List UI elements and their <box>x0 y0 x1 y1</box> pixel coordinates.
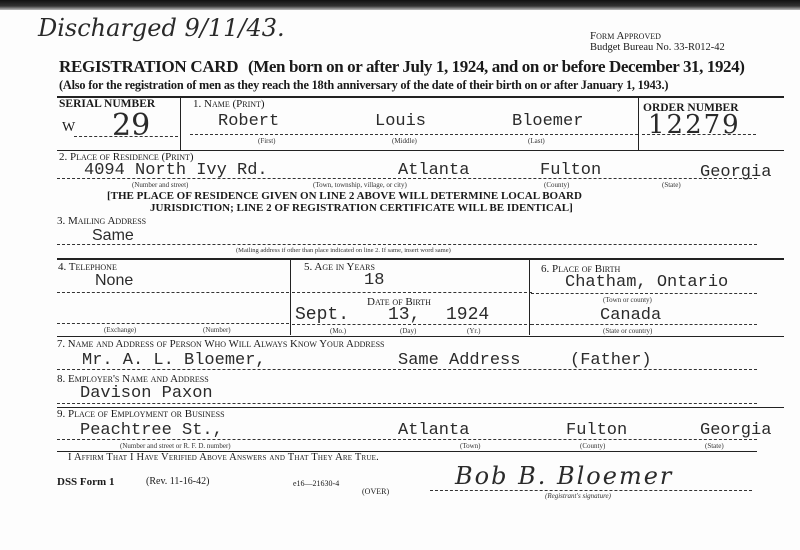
header-note: (Also for the registration of men as the… <box>59 78 668 93</box>
divider <box>57 96 784 98</box>
employment-town-value: Atlanta <box>398 421 469 440</box>
employment-county-value: Fulton <box>566 421 627 440</box>
day-caption: (Day) <box>400 327 416 335</box>
order-number-value: 12279 <box>648 110 741 140</box>
signature-caption: (Registrant's signature) <box>545 492 611 500</box>
month-caption: (Mo.) <box>330 327 346 335</box>
year-caption: (Yr.) <box>467 327 480 335</box>
age-value: 18 <box>364 271 384 290</box>
birth-town-caption: (Town or county) <box>603 296 652 304</box>
birth-town-line <box>531 293 757 294</box>
contact-address-value: Same Address <box>398 351 520 370</box>
divider <box>529 259 530 335</box>
employment-town-caption: (Town) <box>460 442 481 450</box>
town-caption: (Town, township, village, or city) <box>313 181 407 189</box>
number-caption: (Number) <box>203 326 231 334</box>
middle-name-value: Louis <box>375 112 426 131</box>
serial-number-value: 29 <box>112 108 150 143</box>
first-caption: (First) <box>258 137 276 145</box>
last-name-value: Bloemer <box>512 112 583 131</box>
over-label: (OVER) <box>362 487 389 496</box>
serial-line <box>74 136 178 137</box>
exchange-line <box>57 323 289 324</box>
residence-line <box>57 178 757 179</box>
birth-country-caption: (State or country) <box>603 327 652 335</box>
telephone-line <box>57 292 289 293</box>
name-label: 1. Name (Print) <box>193 98 265 110</box>
contact-relation-value: (Father) <box>570 351 652 370</box>
birth-town-value: Chatham, Ontario <box>565 273 728 292</box>
employment-county-caption: (County) <box>580 442 605 450</box>
middle-caption: (Middle) <box>392 137 417 145</box>
name-line <box>190 134 638 135</box>
birth-day-value: 13, <box>388 305 420 325</box>
mailing-line <box>57 244 757 245</box>
birth-country-value: Canada <box>600 306 661 325</box>
contact-name-value: Mr. A. L. Bloemer, <box>82 351 266 370</box>
contact-line <box>57 369 757 370</box>
signature-line <box>430 490 752 491</box>
mailing-address-label: 3. Mailing Address <box>57 215 146 227</box>
state-caption: (State) <box>662 181 681 189</box>
employment-state-caption: (State) <box>705 442 724 450</box>
header-subtitle: (Men born on or after July 1, 1924, and … <box>248 57 745 77</box>
page-title: REGISTRATION CARD <box>59 57 238 77</box>
order-line <box>642 134 756 135</box>
form-approved-label: Form Approved <box>590 30 661 42</box>
divider <box>57 336 784 337</box>
mailing-caption: (Mailing address if other than place ind… <box>236 247 451 254</box>
age-line <box>292 292 532 293</box>
form-code: e16—21630-4 <box>293 479 339 488</box>
divider <box>180 98 181 150</box>
budget-bureau-number: Budget Bureau No. 33-R012-42 <box>590 42 725 53</box>
telephone-value: None <box>95 272 133 290</box>
first-name-value: Robert <box>218 112 279 131</box>
birth-country-line <box>531 324 757 325</box>
employment-line <box>57 439 757 440</box>
serial-prefix: W <box>62 120 75 136</box>
employer-value: Davison Paxon <box>80 384 213 403</box>
last-caption: (Last) <box>528 137 545 145</box>
affirmation-text: I Affirm That I Have Verified Above Answ… <box>68 452 379 463</box>
birth-month-value: Sept. <box>295 305 349 325</box>
form-revision: (Rev. 11-16-42) <box>146 476 209 487</box>
employment-label: 9. Place of Employment or Business <box>57 408 225 420</box>
employment-street-value: Peachtree St., <box>80 421 223 440</box>
county-caption: (County) <box>544 181 569 189</box>
employment-street-caption: (Number and street or R. F. D. number) <box>120 442 231 450</box>
employer-line <box>57 403 757 404</box>
street-caption: (Number and street) <box>132 181 188 189</box>
employment-state-value: Georgia <box>700 421 771 440</box>
mailing-address-value: Same <box>92 227 134 245</box>
residence-state-value: Georgia <box>700 163 771 182</box>
divider <box>290 259 291 335</box>
discharged-annotation: Discharged 9/11/43. <box>38 14 285 42</box>
exchange-caption: (Exchange) <box>104 326 136 334</box>
jurisdiction-notice-1: [THE PLACE OF RESIDENCE GIVEN ON LINE 2 … <box>107 190 582 202</box>
contact-label: 7. Name and Address of Person Who Will A… <box>57 338 385 350</box>
divider <box>638 98 639 150</box>
form-name: DSS Form 1 <box>57 476 114 488</box>
jurisdiction-notice-2: JURISDICTION; LINE 2 OF REGISTRATION CER… <box>150 202 573 214</box>
divider <box>57 258 784 260</box>
dob-line <box>292 324 532 325</box>
birth-year-value: 1924 <box>446 305 489 325</box>
scan-edge <box>0 0 800 10</box>
registrant-signature: Bob B. Bloemer <box>455 462 673 490</box>
